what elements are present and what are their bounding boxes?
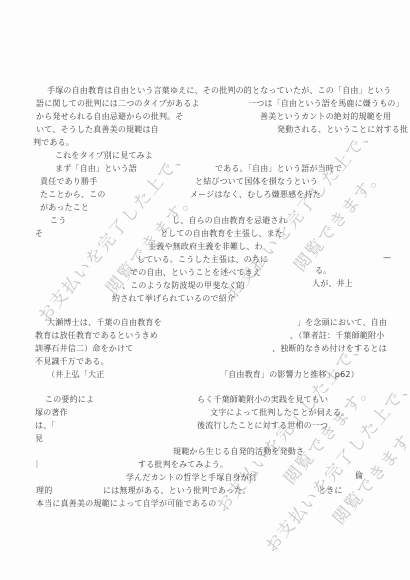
text-fragment: 「自由教育」の影響力と推移」p62） <box>220 369 359 380</box>
text-fragment: （井上弘「大正 <box>47 369 104 380</box>
text-fragment: には無理がある、という批判であった。 <box>103 485 251 496</box>
text-fragment: ｜ <box>33 459 41 470</box>
text-fragment: 不見識千万である。 <box>35 356 109 367</box>
text-fragment: する批判をみてみよう。 <box>138 459 228 470</box>
text-fragment: いて、そうした真善美の規範は自 <box>36 124 159 135</box>
text-fragment: 学んだカントの哲学と手塚自身が行 <box>126 472 257 483</box>
text-fragment: は、「 <box>35 420 56 431</box>
text-fragment: と結びついて国体を損なうという <box>195 176 318 187</box>
text-fragment: 、（筆者註：千葉師範附小 <box>290 330 384 341</box>
text-fragment: 責任であり勝手 <box>40 176 97 187</box>
text-fragment: 判である。 <box>33 137 74 148</box>
text-fragment: し、自らの自由教育を忌避され <box>172 215 287 226</box>
text-fragment: たことから、この <box>40 189 106 200</box>
text-fragment: 手塚の自由教育は自由という言葉ゆえに、その批判の的となっていたが、この「自由」と… <box>47 85 391 96</box>
text-fragment: そ <box>35 228 43 239</box>
text-fragment: 大瀬博士は、千葉の自由教育を <box>47 317 162 328</box>
text-fragment: している。こうした主張は、のちに <box>137 254 268 265</box>
text-fragment: 語に関しての批判には二つのタイプがあるよ <box>36 98 200 109</box>
text-fragment: 、独断的なきめ付けをするとは <box>272 343 387 354</box>
text-layer: 手塚の自由教育は自由という言葉ゆえに、その批判の的となっていたが、この「自由」と… <box>0 0 410 580</box>
text-fragment: こう <box>50 215 66 226</box>
text-fragment: ときに <box>318 485 343 496</box>
text-fragment: 理的 <box>36 485 52 496</box>
text-fragment: 後流行したことに対する世相の一つ <box>197 420 328 431</box>
text-fragment: 、このような防波堤の甲斐なく的 <box>122 280 245 291</box>
text-fragment: 訓導石井信二）命をかけて <box>35 343 133 354</box>
text-fragment: である。「自由」という語が当時で <box>215 163 342 174</box>
text-fragment: この要約によ <box>45 394 94 405</box>
text-fragment: まず「自由」という語 <box>55 163 137 174</box>
text-fragment: 主義や無政府主義を非難し、わ <box>148 241 263 252</box>
text-fragment: 文字によって批判したことが伺える。 <box>210 407 349 418</box>
text-fragment: これをタイプ別に見てみよ <box>55 150 153 161</box>
text-fragment: 本当に真善美の規範によって自学が可能であるの <box>36 498 216 509</box>
text-fragment: から発せられる自由忌避からの批判。そ <box>36 111 184 122</box>
text-fragment: 見 <box>35 433 43 444</box>
text-fragment: メージはなく、むしろ嫌悪感を持た <box>190 189 321 200</box>
text-fragment: 塚の著作 <box>35 407 68 418</box>
text-fragment: 教育は放任教育であるというきめ <box>35 330 158 341</box>
text-fragment: としての自由教育を主張し、また <box>160 228 283 239</box>
text-fragment: らく千葉師範附小の実践を見てもい <box>197 394 328 405</box>
text-fragment: 規範から生じる自発的活動を発動さ <box>173 446 304 457</box>
text-fragment: 倫 <box>355 470 363 481</box>
text-fragment: での自由、ということを述べてきえ <box>130 267 261 278</box>
text-fragment: — <box>383 252 391 263</box>
text-fragment: があったこと <box>40 202 89 213</box>
text-fragment: 善美というカントの絶対的規範を用 <box>260 111 391 122</box>
text-fragment: る。 <box>315 265 331 276</box>
text-fragment: 人が、井上 <box>312 278 353 289</box>
text-fragment: 約されて挙げられているので紹介 <box>112 293 235 304</box>
text-fragment: 」を念頭において、自由 <box>297 317 387 328</box>
text-fragment: 一つは「自由という語を馬鹿に嫌うもの」 <box>248 98 404 109</box>
text-fragment: 発動される、ということに対する批 <box>277 124 408 135</box>
document-page: お支払いを完了した上で、閲覧できます。お支払いを完了した上で、閲覧できます。お支… <box>0 0 410 580</box>
